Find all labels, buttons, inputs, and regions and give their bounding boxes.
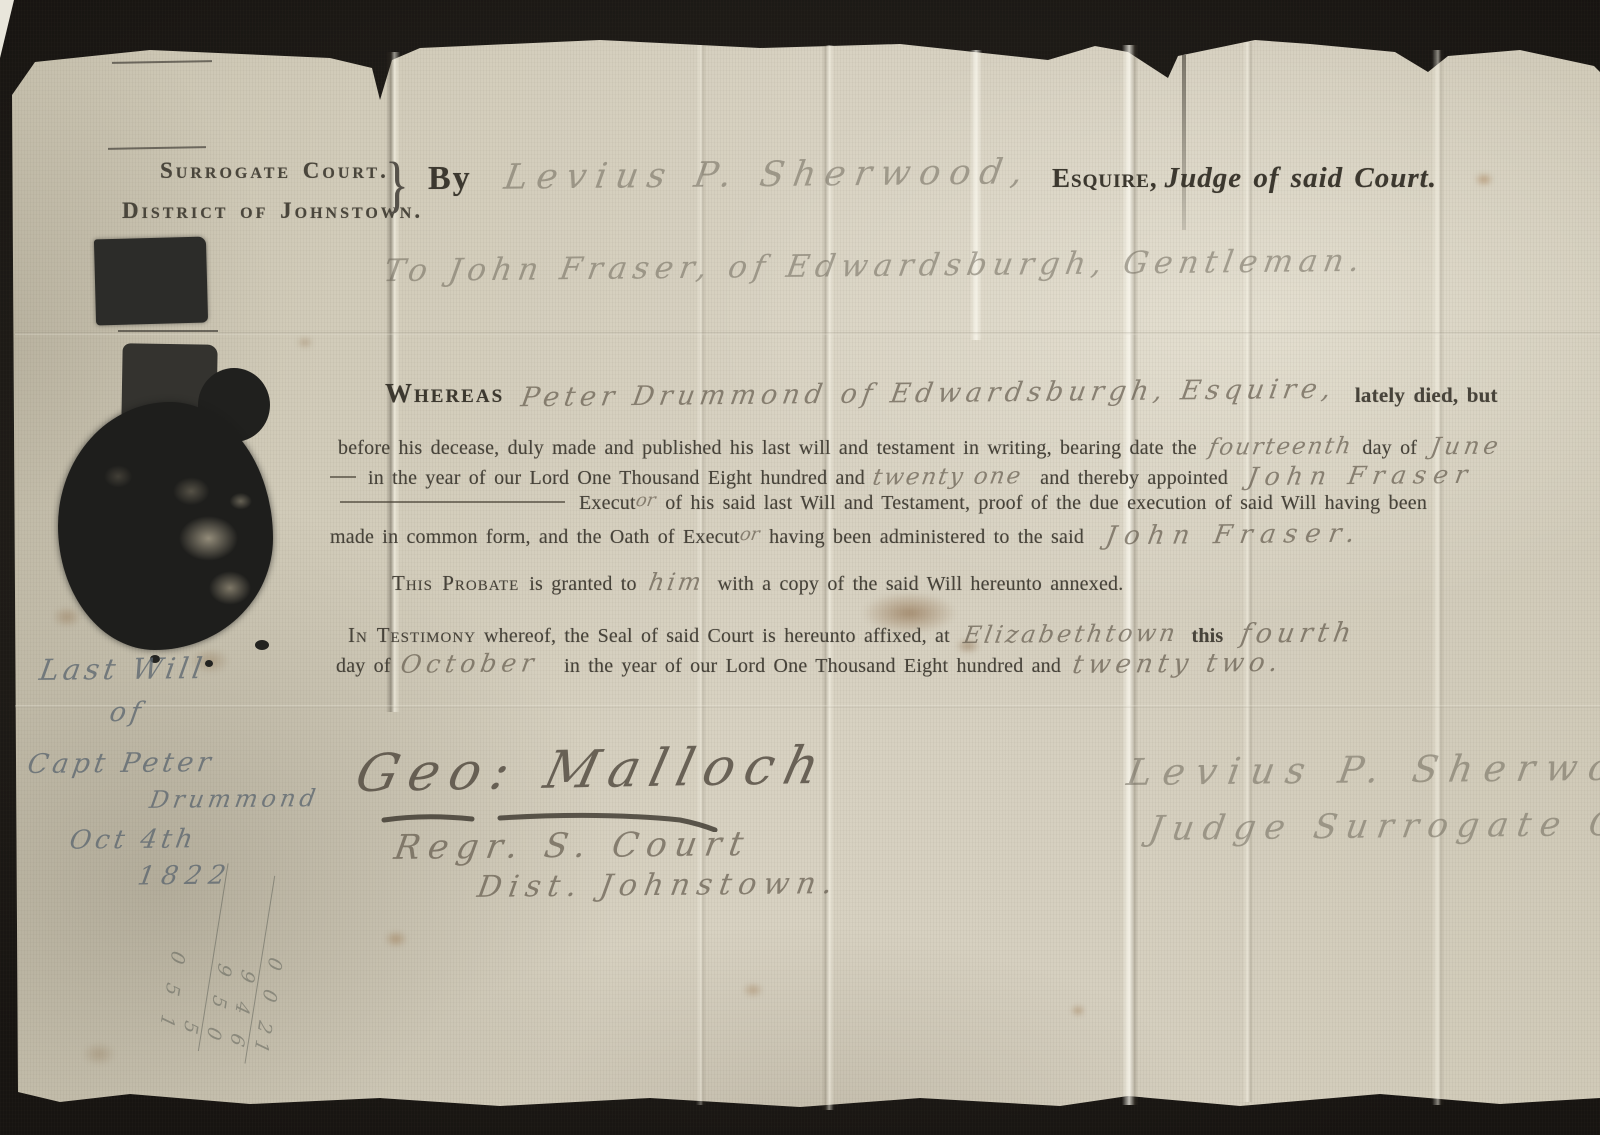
probate-label: This Probate — [392, 571, 519, 595]
registrar-district: Dist. Johnstown. — [475, 866, 842, 905]
line2-print1: before his decease, duly made and publis… — [338, 437, 1197, 459]
line5-hw-or: or — [738, 524, 761, 545]
probate-hw-him: him — [646, 568, 706, 597]
judge-signature-title: Judge Surrogate Cour — [1146, 803, 1600, 849]
brace-glyph: } — [385, 150, 409, 221]
judge-signature: Levius P. Sherwood — [1124, 745, 1600, 794]
testimony-print2: this — [1191, 625, 1223, 647]
line5-print1: made in common form, and the Oath of Exe… — [330, 526, 740, 548]
registrar-signature: Geo: Malloch — [350, 736, 835, 804]
whereas-print: lately died, but — [1355, 383, 1498, 407]
testimony-hw-elizabethtown: Elizabethtown — [961, 619, 1180, 649]
testimony-line-1: In Testimony whereof, the Seal of said C… — [348, 618, 1356, 649]
testimony2-hw-october: October — [398, 648, 540, 678]
judge-name-handwritten: Levius P. Sherwood, — [501, 152, 1034, 198]
testimony-hw-fourth: fourth — [1239, 617, 1359, 649]
docket-line: Drummond — [148, 786, 321, 812]
line3-hw-twentyone: twenty one — [871, 463, 1025, 491]
line3-print1: in the year of our Lord One Thousand Eig… — [368, 467, 865, 489]
esquire-label: Esquire, — [1052, 163, 1158, 193]
testimony2-print1: day of — [336, 655, 391, 677]
wax-seal — [58, 402, 273, 650]
seal-wafer-square — [94, 237, 208, 326]
blank-rule — [340, 501, 565, 503]
whereas-handwritten: Peter Drummond of Edwardsburgh, Esquire, — [519, 374, 1338, 414]
line4-print-execut: Execut — [579, 492, 636, 514]
line5-hw-johnfraser: John Fraser. — [1103, 519, 1365, 552]
line4-print2: of his said last Will and Testament, pro… — [665, 492, 1427, 514]
line4-hw-or: or — [634, 490, 657, 511]
body-line-3: in the year of our Lord One Thousand Eig… — [330, 461, 1474, 490]
body-line-5: made in common form, and the Oath of Exe… — [330, 520, 1362, 550]
body-line-4: Executor of his said last Will and Testa… — [340, 490, 1427, 515]
probate-print1: is granted to — [529, 573, 636, 595]
by-label: By — [428, 160, 472, 198]
testimony2-hw-twentytwo: twenty two. — [1070, 648, 1285, 680]
court-district: District of Johnstown. — [122, 198, 423, 224]
line5-print2: having been administered to the said — [769, 526, 1084, 548]
docket-line: Oct 4th — [68, 826, 199, 853]
testimony2-print2: in the year of our Lord One Thousand Eig… — [564, 655, 1061, 677]
registrar-title: Regr. S. Court — [391, 824, 754, 868]
seal-crumb — [255, 640, 269, 650]
esquire-title: Esquire, Judge of said Court. — [1052, 162, 1437, 195]
line3-hw-johnfraser: John Fraser — [1245, 460, 1476, 491]
line2-hw-fourteenth: fourteenth — [1207, 433, 1355, 461]
testimony-label: In Testimony — [348, 623, 476, 647]
blank-rule — [330, 476, 356, 478]
docket-line: of — [108, 699, 147, 726]
whereas-label: Whereas — [385, 378, 504, 408]
docket-line: Last Will — [37, 654, 208, 685]
line2-print2: day of — [1362, 437, 1417, 459]
testimony-print1: whereof, the Seal of said Court is hereu… — [484, 625, 950, 647]
whereas-line: Whereas Peter Drummond of Edwardsburgh, … — [385, 378, 1498, 409]
corner-sliver — [0, 0, 14, 58]
body-line-2: before his decease, duly made and publis… — [338, 432, 1502, 460]
line3-print2: and thereby appointed — [1040, 467, 1228, 489]
line2-hw-june: June — [1429, 432, 1505, 461]
court-name: Surrogate Court. — [160, 158, 389, 184]
judge-of-court-label: Judge of said Court. — [1165, 162, 1437, 194]
probate-line: This Probate is granted to him with a co… — [392, 568, 1123, 596]
testimony-line-2: day of October in the year of our Lord O… — [336, 649, 1282, 679]
docket-line: Capt Peter — [26, 749, 217, 778]
probate-print2: with a copy of the said Will hereunto an… — [718, 573, 1124, 595]
document-scan: Surrogate Court. District of Johnstown. … — [0, 0, 1600, 1135]
pencil-dash — [118, 330, 218, 332]
